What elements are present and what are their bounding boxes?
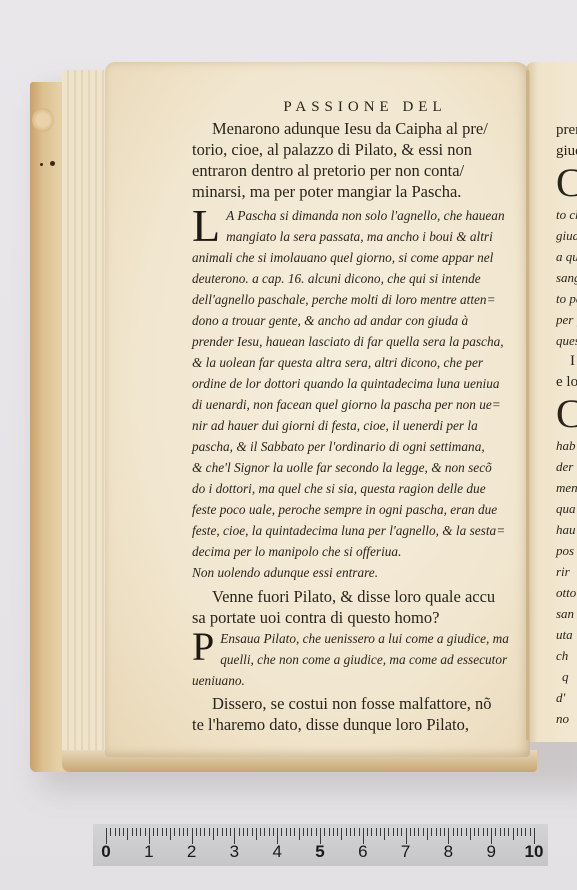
ruler-tick: [316, 828, 317, 836]
fragment: I: [556, 351, 577, 372]
ruler-tick: [286, 828, 287, 836]
ruler-tick: [359, 828, 360, 836]
ruler-tick: [174, 828, 175, 836]
fragment: der: [556, 456, 577, 477]
fragment: to ch: [556, 204, 577, 225]
ruler-tick: [209, 828, 210, 836]
fragment: giudi: [556, 225, 577, 246]
gloss-line: A Pascha si dimanda non solo l'agnello, …: [192, 205, 518, 226]
ruler-tick: [376, 828, 377, 836]
fragment: ch: [556, 645, 577, 666]
ruler-tick: [299, 828, 300, 840]
dropcap-l: L: [192, 207, 220, 245]
ruler-tick: [504, 828, 505, 836]
ruler-tick: [243, 828, 244, 836]
ruler-tick: [397, 828, 398, 836]
ruler-tick: [166, 828, 167, 836]
ruler-tick: [273, 828, 274, 836]
gloss-line: di uenardi, non facean quel giorno la pa…: [192, 394, 518, 415]
ruler-tick: [127, 828, 128, 840]
passage-2: Venne fuori Pilato, & disse loro quale a…: [192, 586, 518, 628]
text-line: Dissero, se costui non fosse malfattore,…: [192, 693, 518, 714]
ruler-tick: [427, 828, 428, 840]
ruler-tick: [136, 828, 137, 836]
book-photo: PASSIONE DEL Menarono adunque Iesu da Ca…: [0, 0, 577, 890]
ruler-tick: [294, 828, 295, 836]
gloss-2: P Ensaua Pilato, che uenissero a lui com…: [192, 628, 518, 691]
ruler-tick: [264, 828, 265, 836]
ruler-tick: [132, 828, 133, 836]
ruler-tick: [414, 828, 415, 836]
dropcap-p: P: [192, 630, 214, 664]
fragment: hab: [556, 435, 577, 456]
ruler-label: 1: [144, 842, 153, 862]
fragment-dropcap: C: [556, 393, 577, 435]
ruler-label: 10: [525, 842, 544, 862]
gloss-line: animali che si imolauano quel giorno, si…: [192, 247, 518, 268]
gloss-line: prender Iesu, hauean lasciato di far que…: [192, 331, 518, 352]
ruler-tick: [337, 828, 338, 836]
text-line: Venne fuori Pilato, & disse loro quale a…: [192, 586, 518, 607]
ruler-tick: [230, 828, 231, 836]
ruler-tick: [461, 828, 462, 836]
ruler-tick: [247, 828, 248, 836]
fragment: no: [556, 708, 577, 729]
ruler-tick: [521, 828, 522, 836]
ruler-tick: [393, 828, 394, 836]
ruler-tick: [401, 828, 402, 836]
fragment: otto: [556, 582, 577, 603]
ruler-tick: [324, 828, 325, 836]
passage-1: Menarono adunque Iesu da Caipha al pre/ …: [192, 118, 518, 202]
ruler-tick: [470, 828, 471, 840]
ruler-tick: [123, 828, 124, 836]
passage-3: Dissero, se costui non fosse malfattore,…: [192, 693, 518, 735]
gloss-1: L A Pascha si dimanda non solo l'agnello…: [192, 205, 518, 583]
ruler-tick: [200, 828, 201, 836]
ruler-label: 3: [230, 842, 239, 862]
text-line: Menarono adunque Iesu da Caipha al pre/: [192, 118, 518, 139]
gloss-line: Non uolendo adunque essi entrare.: [192, 562, 518, 583]
ruler-tick: [157, 828, 158, 836]
ruler-tick: [341, 828, 342, 840]
gloss-line: quelli, che non come a giudice, ma come …: [192, 649, 518, 670]
ruler-tick: [388, 828, 389, 836]
ruler-tick: [436, 828, 437, 836]
fragment: rir: [556, 561, 577, 582]
ruler-tick: [196, 828, 197, 836]
ruler-tick: [371, 828, 372, 836]
wormhole: [50, 161, 55, 166]
ruler-tick: [423, 828, 424, 836]
ruler-label: 6: [358, 842, 367, 862]
ruler-tick: [517, 828, 518, 836]
ruler-tick: [110, 828, 111, 836]
ruler-label: 2: [187, 842, 196, 862]
fragment: d': [556, 687, 577, 708]
fragment: sangu: [556, 267, 577, 288]
ruler-label: 0: [101, 842, 110, 862]
fragment-dropcap: C: [556, 162, 577, 204]
text-line: te l'haremo dato, disse dunque loro Pila…: [192, 714, 518, 735]
fragment: uta: [556, 624, 577, 645]
ruler-tick: [311, 828, 312, 836]
ruler-tick: [217, 828, 218, 836]
fragment: per f: [556, 309, 577, 330]
ruler-tick: [145, 828, 146, 836]
text-line: torio, cioe, al palazzo di Pilato, & ess…: [192, 139, 518, 160]
ruler-label: 9: [486, 842, 495, 862]
ruler-tick: [256, 828, 257, 840]
fragment: san: [556, 603, 577, 624]
ruler-tick: [457, 828, 458, 836]
ruler-tick: [508, 828, 509, 836]
ruler-tick: [204, 828, 205, 836]
ruler-tick: [307, 828, 308, 836]
ruler-tick: [222, 828, 223, 836]
ruler-label: 8: [444, 842, 453, 862]
fragment: men: [556, 477, 577, 498]
gloss-line: pascha, & il Sabbato per l'ordinario di …: [192, 436, 518, 457]
fragment: giud: [556, 141, 577, 162]
gloss-line: Ensaua Pilato, che uenissero a lui come …: [192, 628, 518, 649]
ruler-tick: [431, 828, 432, 836]
ruler-tick: [466, 828, 467, 836]
ruler-tick: [354, 828, 355, 836]
ruler-tick: [410, 828, 411, 836]
ruler-tick: [269, 828, 270, 836]
facing-page-text: prer giud C to ch giudi a qua sangu to p…: [556, 120, 577, 729]
ruler-tick: [384, 828, 385, 840]
ruler-tick: [530, 828, 531, 836]
gloss-line: & la uolean far questa altra sera, altri…: [192, 352, 518, 373]
gloss-line: dell'agnello paschale, perche molti di l…: [192, 289, 518, 310]
ruler-tick: [500, 828, 501, 836]
cover-stain: [32, 108, 54, 132]
page-text: PASSIONE DEL Menarono adunque Iesu da Ca…: [192, 99, 518, 735]
running-head: PASSIONE DEL: [212, 99, 518, 116]
fragment: ques: [556, 330, 577, 351]
gloss-line: mangiato la sera passata, ma ancho i bou…: [192, 226, 518, 247]
text-line: sa portate uoi contra di questo homo?: [192, 607, 518, 628]
gloss-line: feste, cioe, la quintadecima luna per l'…: [192, 520, 518, 541]
fragment: qua: [556, 498, 577, 519]
ruler-tick: [380, 828, 381, 836]
ruler-tick: [346, 828, 347, 836]
fragment: a qua: [556, 246, 577, 267]
ruler-tick: [140, 828, 141, 836]
gloss-line: dono a trouar gente, & ancho ad andar co…: [192, 310, 518, 331]
ruler-labels: 012345678910: [93, 842, 548, 864]
ruler-label: 7: [401, 842, 410, 862]
ruler-tick: [239, 828, 240, 836]
ruler-tick: [478, 828, 479, 836]
ruler-tick: [350, 828, 351, 836]
ruler-tick: [281, 828, 282, 836]
ruler-tick: [453, 828, 454, 836]
ruler-tick: [513, 828, 514, 840]
ruler-tick: [183, 828, 184, 836]
ruler-tick: [119, 828, 120, 836]
ruler-tick: [440, 828, 441, 836]
gloss-line: do i dottori, ma quel che si sia, questa…: [192, 478, 518, 499]
ruler-tick: [213, 828, 214, 840]
ruler-tick: [226, 828, 227, 836]
wormhole: [40, 163, 43, 166]
ruler-tick: [329, 828, 330, 836]
fragment: prer: [556, 120, 577, 141]
ruler-label: 4: [272, 842, 281, 862]
fragment: hau: [556, 519, 577, 540]
fragment: pos: [556, 540, 577, 561]
ruler-tick: [115, 828, 116, 836]
ruler-tick: [525, 828, 526, 836]
ruler-tick: [252, 828, 253, 836]
scale-ruler: 012345678910: [93, 822, 548, 866]
text-line: entraron dentro al pretorio per non cont…: [192, 160, 518, 181]
ruler-tick: [483, 828, 484, 836]
ruler-tick: [179, 828, 180, 836]
ruler-tick: [187, 828, 188, 836]
ruler-tick: [474, 828, 475, 836]
text-line: minarsi, ma per poter mangiar la Pascha.: [192, 181, 518, 202]
fragment: e lo: [556, 372, 577, 393]
fragment: to pa: [556, 288, 577, 309]
ruler-tick: [170, 828, 171, 840]
ruler-tick: [418, 828, 419, 836]
ruler-tick: [333, 828, 334, 836]
ruler-tick: [290, 828, 291, 836]
ruler-tick: [487, 828, 488, 836]
gloss-line: feste poco uale, peroche sempre in ogni …: [192, 499, 518, 520]
ruler-tick: [444, 828, 445, 836]
ruler-label: 5: [315, 842, 324, 862]
ruler-tick: [303, 828, 304, 836]
fragment: q: [556, 666, 577, 687]
gloss-line: deuterono. a cap. 16. alcuni dicono, che…: [192, 268, 518, 289]
gloss-line: ueniuano.: [192, 670, 518, 691]
gutter: [526, 70, 529, 740]
gloss-line: decima per lo manipolo che si offeriua.: [192, 541, 518, 562]
gloss-line: ordine de lor dottori quando la quintade…: [192, 373, 518, 394]
ruler-tick: [162, 828, 163, 836]
ruler-tick: [153, 828, 154, 836]
ruler-tick: [260, 828, 261, 836]
gloss-line: nir ad hauer dui giorni di festa, cioe, …: [192, 415, 518, 436]
gloss-line: & che'l Signor la uolle far secondo la l…: [192, 457, 518, 478]
ruler-tick: [367, 828, 368, 836]
ruler-tick: [495, 828, 496, 836]
